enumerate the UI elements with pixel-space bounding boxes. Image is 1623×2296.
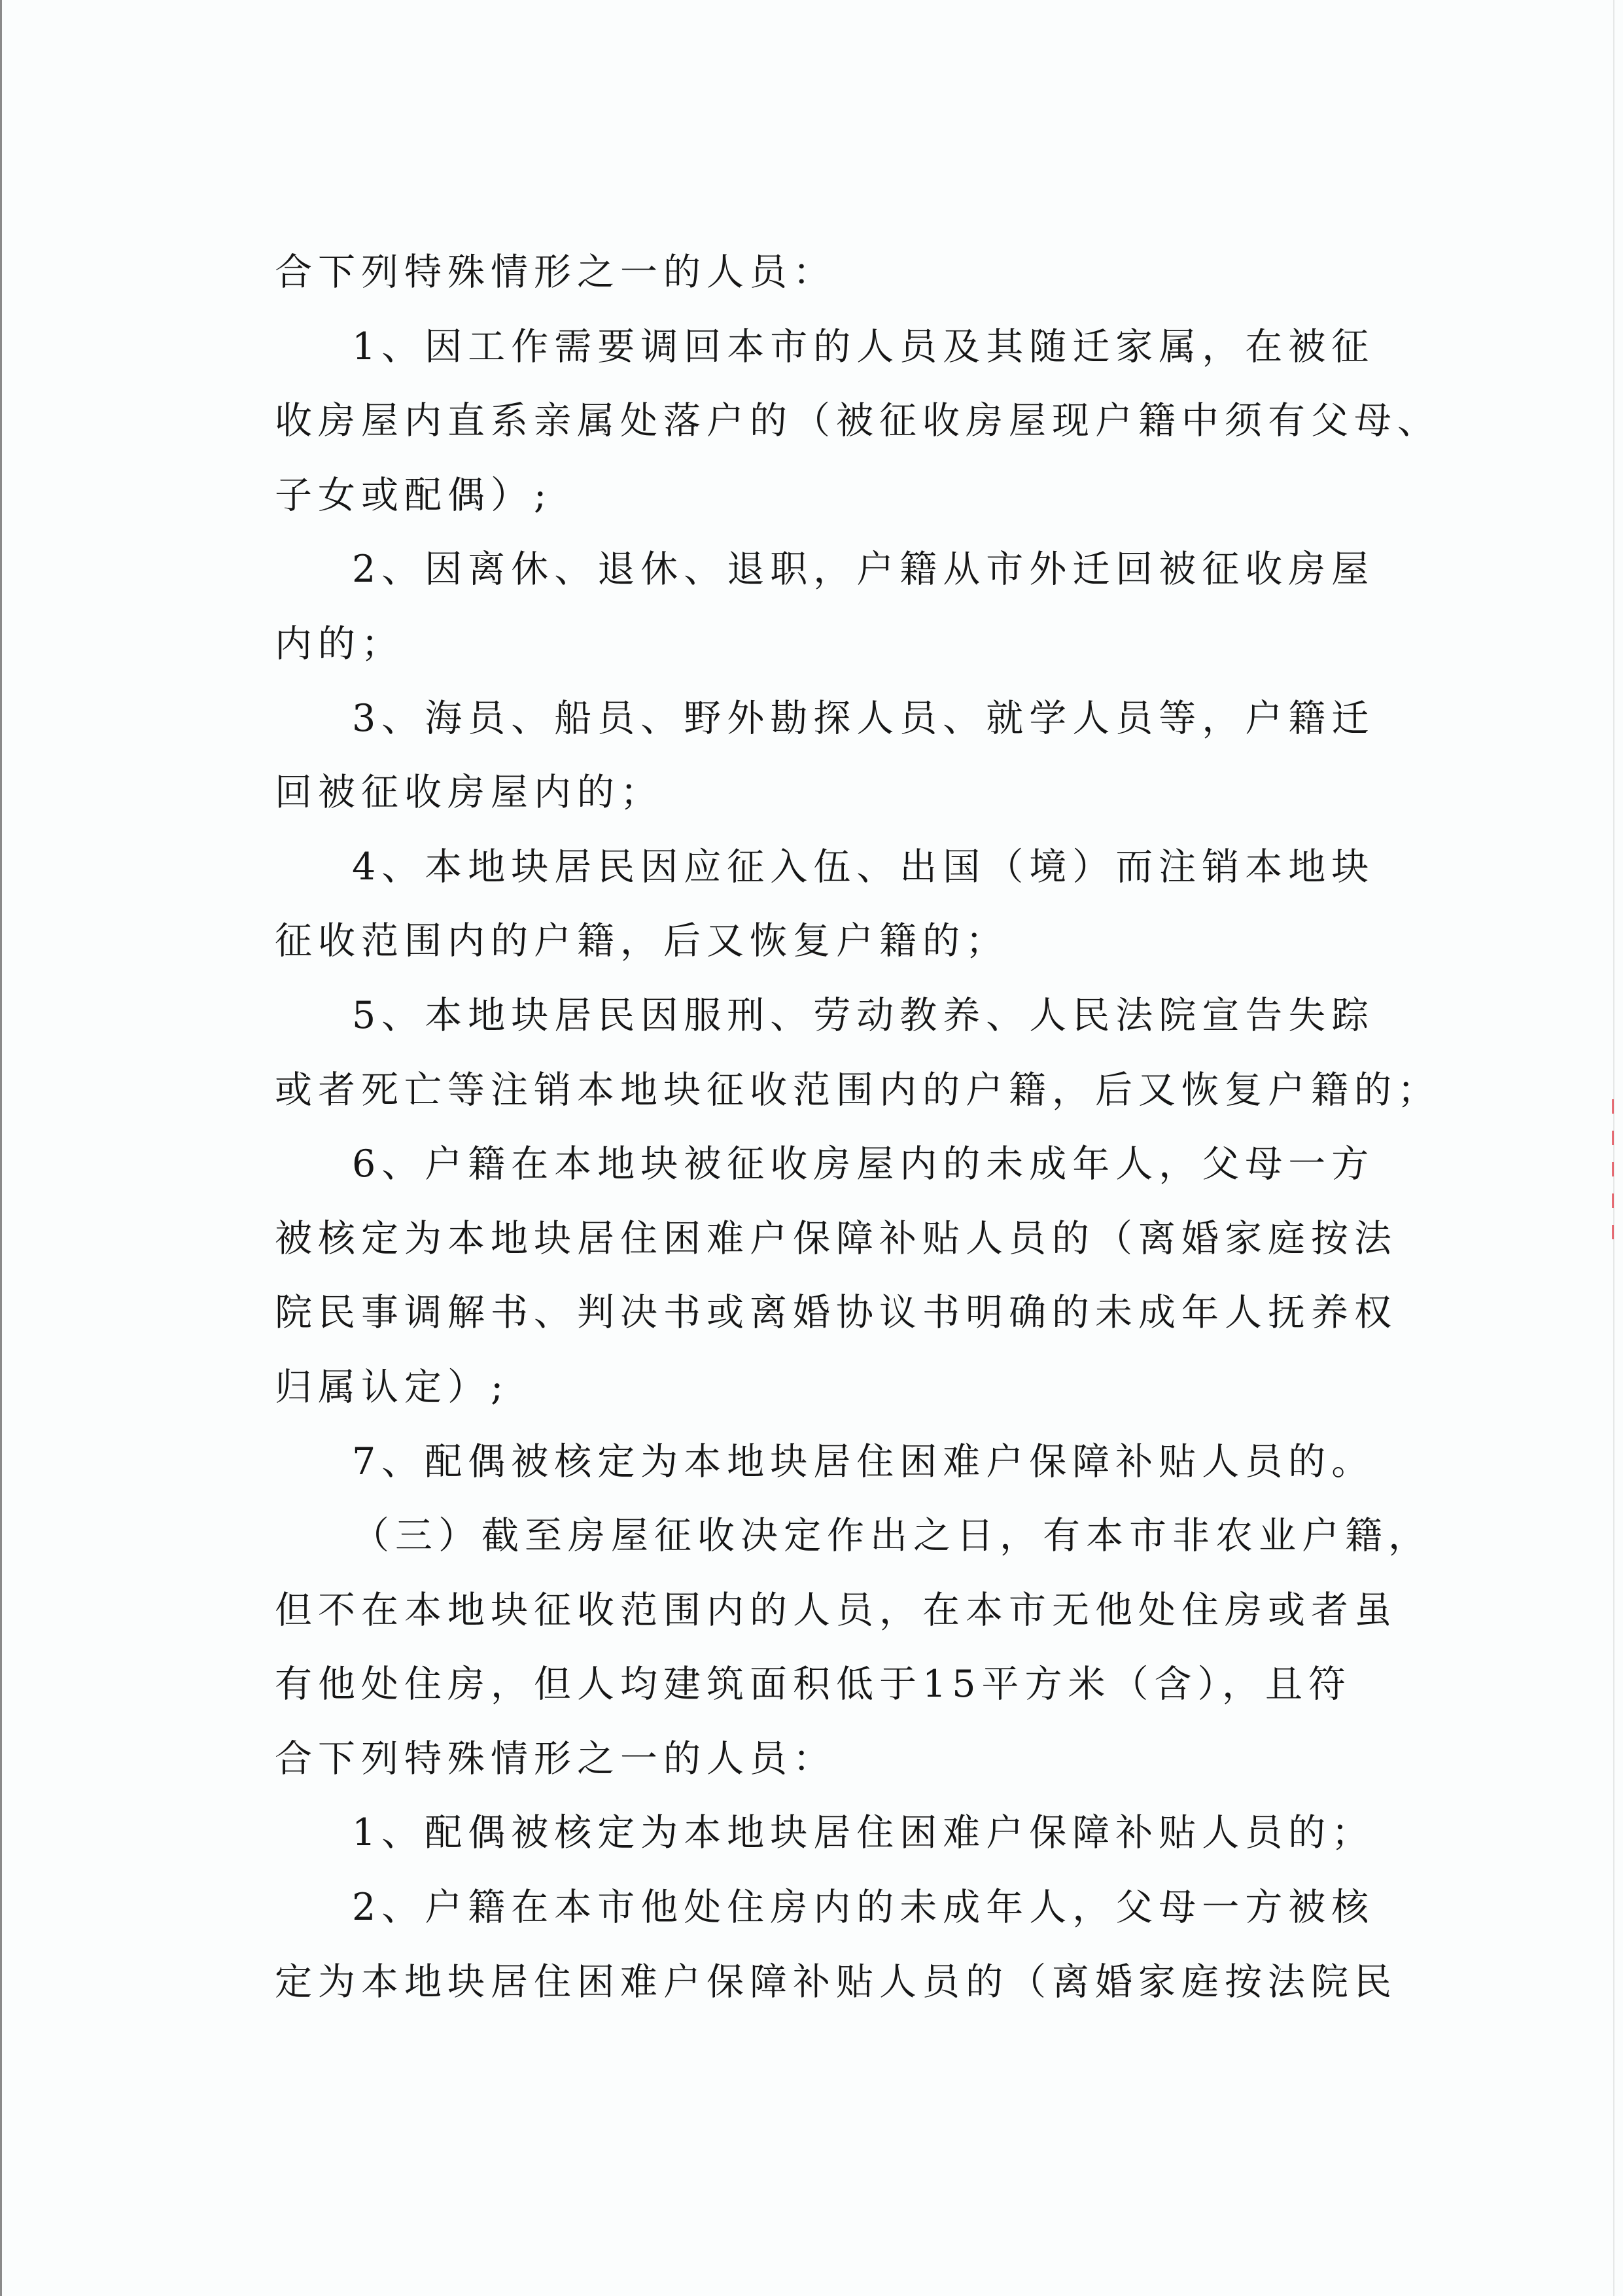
document-body: 合下列特殊情形之一的人员： 1、因工作需要调回本市的人员及其随迁家属，在被征 收…	[275, 236, 1374, 2019]
text-line: 但不在本地块征收范围内的人员，在本市无他处住房或者虽	[275, 1574, 1374, 1648]
text-line: 1、因工作需要调回本市的人员及其随迁家属，在被征	[275, 310, 1374, 385]
text-line: 回被征收房屋内的；	[275, 756, 1374, 830]
text-line: 归属认定）;	[275, 1351, 1374, 1425]
text-line: 有他处住房，但人均建筑面积低于15平方米（含），且符	[275, 1648, 1374, 1722]
text-line: 或者死亡等注销本地块征收范围内的户籍，后又恢复户籍的；	[275, 1053, 1374, 1128]
text-line: 7、配偶被核定为本地块居住困难户保障补贴人员的。	[275, 1425, 1374, 1500]
text-line: 5、本地块居民因服刑、劳动教养、人民法院宣告失踪	[275, 979, 1374, 1053]
text-line: 征收范围内的户籍，后又恢复户籍的；	[275, 904, 1374, 979]
text-line: 2、因离休、退休、退职，户籍从市外迁回被征收房屋	[275, 533, 1374, 607]
text-line: 2、户籍在本市他处住房内的未成年人，父母一方被核	[275, 1871, 1374, 1945]
text-line: 4、本地块居民因应征入伍、出国（境）而注销本地块	[275, 830, 1374, 905]
text-line: 院民事调解书、判决书或离婚协议书明确的未成年人抚养权	[275, 1276, 1374, 1351]
text-line: 3、海员、船员、野外勘探人员、就学人员等，户籍迁	[275, 682, 1374, 756]
text-line: 合下列特殊情形之一的人员：	[275, 236, 1374, 310]
text-line: 子女或配偶）;	[275, 459, 1374, 533]
text-line: 定为本地块居住困难户保障补贴人员的（离婚家庭按法院民	[275, 1945, 1374, 2020]
text-line: 6、户籍在本地块被征收房屋内的未成年人，父母一方	[275, 1127, 1374, 1202]
text-line: 内的；	[275, 607, 1374, 682]
text-line: 被核定为本地块居住困难户保障补贴人员的（离婚家庭按法	[275, 1202, 1374, 1277]
text-line: （三）截至房屋征收决定作出之日，有本市非农业户籍，	[275, 1499, 1374, 1574]
text-line: 合下列特殊情形之一的人员：	[275, 1722, 1374, 1797]
text-line: 1、配偶被核定为本地块居住困难户保障补贴人员的；	[275, 1796, 1374, 1871]
text-line: 收房屋内直系亲属处落户的（被征收房屋现户籍中须有父母、	[275, 384, 1374, 459]
red-seal-edge-mark	[1612, 1099, 1614, 1243]
scan-page-edge	[0, 0, 2, 2296]
